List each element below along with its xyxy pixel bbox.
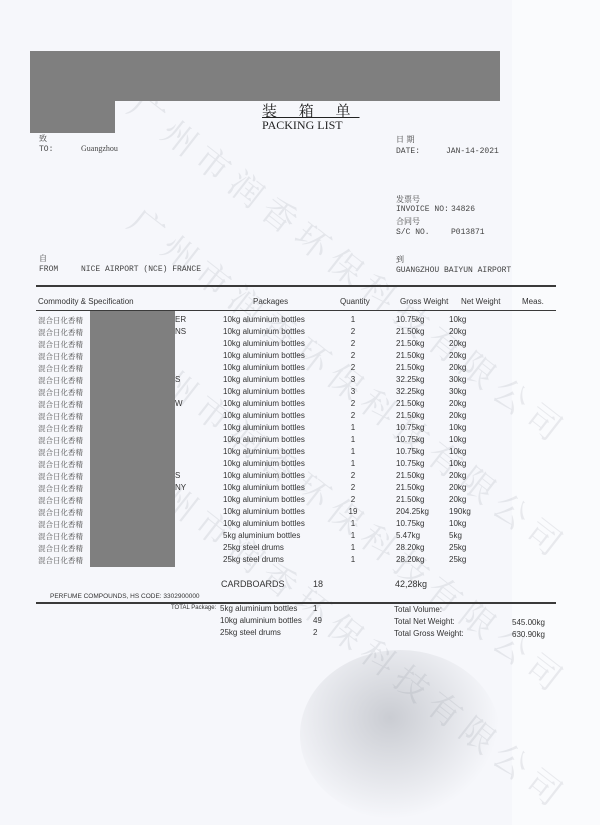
gross-weight: 10.75kg bbox=[396, 459, 424, 468]
quantity: 2 bbox=[346, 483, 360, 492]
commodity-cn: 混合日化香精 bbox=[38, 423, 83, 434]
package: 25kg steel drums bbox=[223, 543, 284, 552]
quantity: 3 bbox=[346, 375, 360, 384]
package: 10kg aluminium bottles bbox=[223, 363, 305, 372]
net-weight: 10kg bbox=[449, 447, 466, 456]
commodity-cn: 混合日化香精 bbox=[38, 339, 83, 350]
total-package-row: 25kg steel drums2 bbox=[0, 628, 600, 640]
gross-weight: 10.75kg bbox=[396, 435, 424, 444]
total-gross-value: 630.90kg bbox=[512, 630, 545, 639]
cardboards-label: CARDBOARDS bbox=[221, 579, 285, 589]
net-weight: 30kg bbox=[449, 387, 466, 396]
quantity: 1 bbox=[346, 447, 360, 456]
total-package-type: 25kg steel drums bbox=[220, 628, 281, 637]
to-port-label-cn: 到 bbox=[396, 254, 404, 265]
gross-weight: 10.75kg bbox=[396, 315, 424, 324]
net-weight: 10kg bbox=[449, 459, 466, 468]
gross-weight: 21.50kg bbox=[396, 339, 424, 348]
commodity-suffix: S bbox=[175, 471, 180, 480]
commodity-cn: 混合日化香精 bbox=[38, 459, 83, 470]
gross-weight: 10.75kg bbox=[396, 447, 424, 456]
commodity-cn: 混合日化香精 bbox=[38, 411, 83, 422]
quantity: 2 bbox=[346, 471, 360, 480]
package: 10kg aluminium bottles bbox=[223, 519, 305, 528]
gross-weight: 21.50kg bbox=[396, 471, 424, 480]
commodity-cn: 混合日化香精 bbox=[38, 375, 83, 386]
contract-label-cn: 合同号 bbox=[396, 216, 420, 227]
quantity: 1 bbox=[346, 459, 360, 468]
net-weight: 30kg bbox=[449, 375, 466, 384]
commodity-cn: 混合日化香精 bbox=[38, 363, 83, 374]
gross-weight: 10.75kg bbox=[396, 423, 424, 432]
net-weight: 20kg bbox=[449, 411, 466, 420]
quantity: 1 bbox=[346, 555, 360, 564]
net-weight: 5kg bbox=[449, 531, 462, 540]
gross-weight: 21.50kg bbox=[396, 495, 424, 504]
total-package-type: 10kg aluminium bottles bbox=[220, 616, 302, 625]
total-package-row: 5kg aluminium bottles1 bbox=[0, 604, 600, 616]
commodity-suffix: NS bbox=[175, 327, 186, 336]
col-gross-weight: Gross Weight bbox=[400, 297, 448, 306]
gross-weight: 21.50kg bbox=[396, 351, 424, 360]
contract-value: P013871 bbox=[451, 228, 485, 237]
to-port-value: GUANGZHOU BAIYUN AIRPORT bbox=[396, 266, 511, 275]
quantity: 2 bbox=[346, 351, 360, 360]
commodity-cn: 混合日化香精 bbox=[38, 483, 83, 494]
gross-weight: 28.20kg bbox=[396, 555, 424, 564]
net-weight: 20kg bbox=[449, 363, 466, 372]
date-label: DATE: bbox=[396, 147, 420, 156]
cardboards-quantity: 18 bbox=[313, 579, 323, 589]
package: 5kg aluminium bottles bbox=[223, 531, 300, 540]
commodity-suffix: NY bbox=[175, 483, 186, 492]
quantity: 1 bbox=[346, 315, 360, 324]
net-weight: 10kg bbox=[449, 315, 466, 324]
package: 10kg aluminium bottles bbox=[223, 375, 305, 384]
total-volume-label: Total Volume: bbox=[394, 605, 442, 614]
commodity-cn: 混合日化香精 bbox=[38, 507, 83, 518]
net-weight: 10kg bbox=[449, 519, 466, 528]
hs-note: PERFUME COMPOUNDS, HS CODE: 3302900000 bbox=[50, 593, 200, 600]
quantity: 1 bbox=[346, 435, 360, 444]
net-weight: 25kg bbox=[449, 555, 466, 564]
commodity-cn: 混合日化香精 bbox=[38, 519, 83, 530]
quantity: 19 bbox=[346, 507, 360, 516]
scan-shadow bbox=[300, 650, 500, 820]
quantity: 2 bbox=[346, 327, 360, 336]
from-label-cn: 自 bbox=[39, 253, 47, 264]
package: 10kg aluminium bottles bbox=[223, 459, 305, 468]
from-value: NICE AIRPORT (NCE) FRANCE bbox=[81, 265, 201, 274]
commodity-suffix: S bbox=[175, 375, 180, 384]
package: 10kg aluminium bottles bbox=[223, 339, 305, 348]
to-value: Guangzhou bbox=[81, 144, 118, 153]
commodity-cn: 混合日化香精 bbox=[38, 315, 83, 326]
invoice-value: 34826 bbox=[451, 205, 475, 214]
net-weight: 20kg bbox=[449, 471, 466, 480]
date-value: JAN-14-2021 bbox=[446, 147, 499, 156]
package: 10kg aluminium bottles bbox=[223, 495, 305, 504]
commodity-cn: 混合日化香精 bbox=[38, 399, 83, 410]
package: 10kg aluminium bottles bbox=[223, 387, 305, 396]
commodity-suffix: W bbox=[175, 399, 183, 408]
commodity-cn: 混合日化香精 bbox=[38, 447, 83, 458]
commodity-cn: 混合日化香精 bbox=[38, 495, 83, 506]
quantity: 2 bbox=[346, 339, 360, 348]
gross-weight: 5.47kg bbox=[396, 531, 420, 540]
col-quantity: Quantity bbox=[340, 297, 370, 306]
redaction-block bbox=[30, 51, 500, 101]
commodity-cn: 混合日化香精 bbox=[38, 387, 83, 398]
redaction-block bbox=[30, 100, 115, 133]
gross-weight: 204.25kg bbox=[396, 507, 429, 516]
gross-weight: 28.20kg bbox=[396, 543, 424, 552]
net-weight: 20kg bbox=[449, 351, 466, 360]
net-weight: 190kg bbox=[449, 507, 471, 516]
total-gross-label: Total Gross Weight: bbox=[394, 629, 464, 638]
net-weight: 20kg bbox=[449, 399, 466, 408]
gross-weight: 21.50kg bbox=[396, 363, 424, 372]
package: 10kg aluminium bottles bbox=[223, 423, 305, 432]
gross-weight: 21.50kg bbox=[396, 327, 424, 336]
total-package-quantity: 49 bbox=[313, 616, 322, 625]
contract-label: S/C NO. bbox=[396, 228, 430, 237]
quantity: 2 bbox=[346, 411, 360, 420]
gross-weight: 21.50kg bbox=[396, 399, 424, 408]
gross-weight: 32.25kg bbox=[396, 387, 424, 396]
net-weight: 20kg bbox=[449, 327, 466, 336]
cardboards-row: CARDBOARDS 18 42,28kg bbox=[0, 579, 600, 591]
divider bbox=[36, 285, 556, 287]
date-label-cn: 日 期 bbox=[396, 134, 415, 145]
package: 10kg aluminium bottles bbox=[223, 447, 305, 456]
total-package-quantity: 1 bbox=[313, 604, 317, 613]
quantity: 2 bbox=[346, 399, 360, 408]
quantity: 2 bbox=[346, 495, 360, 504]
total-package-row: 10kg aluminium bottles49 bbox=[0, 616, 600, 628]
invoice-label-cn: 发票号 bbox=[396, 194, 420, 205]
total-net-label: Total Net Weight: bbox=[394, 617, 455, 626]
gross-weight: 21.50kg bbox=[396, 483, 424, 492]
total-net-value: 545.00kg bbox=[512, 618, 545, 627]
net-weight: 20kg bbox=[449, 495, 466, 504]
quantity: 1 bbox=[346, 423, 360, 432]
col-commodity: Commodity & Specification bbox=[38, 297, 134, 306]
package: 10kg aluminium bottles bbox=[223, 327, 305, 336]
title-en: PACKING LIST bbox=[262, 118, 343, 133]
commodity-cn: 混合日化香精 bbox=[38, 555, 83, 566]
net-weight: 20kg bbox=[449, 339, 466, 348]
commodity-cn: 混合日化香精 bbox=[38, 543, 83, 554]
gross-weight: 10.75kg bbox=[396, 519, 424, 528]
commodity-cn: 混合日化香精 bbox=[38, 435, 83, 446]
commodity-suffix: ER bbox=[175, 315, 186, 324]
cardboards-gross: 42,28kg bbox=[395, 579, 427, 589]
package: 10kg aluminium bottles bbox=[223, 351, 305, 360]
from-label: FROM bbox=[39, 265, 58, 274]
quantity: 1 bbox=[346, 519, 360, 528]
commodity-cn: 混合日化香精 bbox=[38, 531, 83, 542]
package: 10kg aluminium bottles bbox=[223, 471, 305, 480]
net-weight: 20kg bbox=[449, 483, 466, 492]
net-weight: 25kg bbox=[449, 543, 466, 552]
total-package-quantity: 2 bbox=[313, 628, 317, 637]
commodity-cn: 混合日化香精 bbox=[38, 327, 83, 338]
to-label-cn: 致 bbox=[39, 133, 47, 144]
commodity-cn: 混合日化香精 bbox=[38, 351, 83, 362]
commodity-cn: 混合日化香精 bbox=[38, 471, 83, 482]
col-meas: Meas. bbox=[522, 297, 544, 306]
quantity: 1 bbox=[346, 531, 360, 540]
col-net-weight: Net Weight bbox=[461, 297, 500, 306]
package: 10kg aluminium bottles bbox=[223, 315, 305, 324]
quantity: 1 bbox=[346, 543, 360, 552]
net-weight: 10kg bbox=[449, 435, 466, 444]
quantity: 3 bbox=[346, 387, 360, 396]
gross-weight: 21.50kg bbox=[396, 411, 424, 420]
quantity: 2 bbox=[346, 363, 360, 372]
gross-weight: 32.25kg bbox=[396, 375, 424, 384]
package: 10kg aluminium bottles bbox=[223, 411, 305, 420]
invoice-label: INVOICE NO: bbox=[396, 205, 449, 214]
net-weight: 10kg bbox=[449, 423, 466, 432]
package: 10kg aluminium bottles bbox=[223, 399, 305, 408]
total-package-type: 5kg aluminium bottles bbox=[220, 604, 297, 613]
package: 10kg aluminium bottles bbox=[223, 435, 305, 444]
col-packages: Packages bbox=[253, 297, 288, 306]
package: 10kg aluminium bottles bbox=[223, 507, 305, 516]
redaction-block bbox=[90, 311, 175, 567]
to-label: TO: bbox=[39, 145, 53, 154]
package: 10kg aluminium bottles bbox=[223, 483, 305, 492]
package: 25kg steel drums bbox=[223, 555, 284, 564]
